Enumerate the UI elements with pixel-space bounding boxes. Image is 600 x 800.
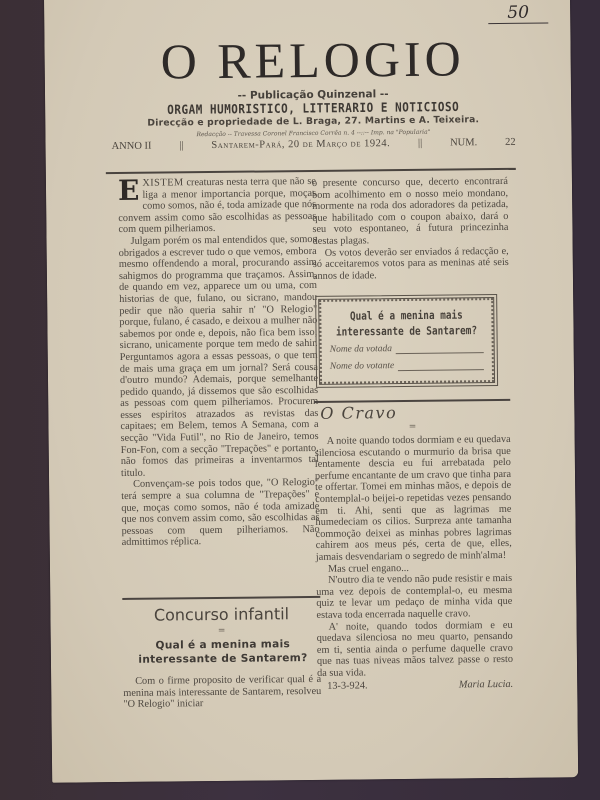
right-column-article: o presente concurso que, decerto encontr… <box>312 176 509 282</box>
newspaper-title: O RELOGIO <box>102 32 523 88</box>
field-label: Nome da votada <box>330 344 392 355</box>
article-paragraph: Os votos deverão ser enviados á redacção… <box>313 245 509 282</box>
article-paragraph: Convençam-se pois todos que, "O Relogio"… <box>121 477 320 549</box>
concurso-heading: Concurso infantil <box>122 604 320 625</box>
handwritten-page-number: 50 <box>488 3 548 24</box>
voter-name-field: Nome do votante <box>330 359 484 372</box>
article-author: Maria Lucia. <box>459 679 513 691</box>
cravo-heading: O Cravo <box>320 403 397 423</box>
article-paragraph: EXISTEM creaturas nesta terra que não se… <box>118 176 317 236</box>
article-paragraph: A' noite, quando todos dormiam e eu qued… <box>317 619 514 679</box>
concurso-body: Com o firme proposito de verificar qual … <box>123 674 321 711</box>
signature-line: 13-3-924. Maria Lucia. <box>317 679 513 693</box>
concurso-question: Qual é a menina mais interessante de San… <box>131 637 315 667</box>
blank-line <box>398 359 484 371</box>
field-label: Nome do votante <box>330 361 394 372</box>
header-rule <box>106 168 516 174</box>
blank-line <box>396 342 484 354</box>
article-date: 13-3-924. <box>327 681 367 693</box>
left-column-article: EXISTEM creaturas nesta terra que não se… <box>118 176 320 549</box>
masthead: O RELOGIO -- Publicação Quinzenal -- ORG… <box>102 32 523 152</box>
article-paragraph: Com o firme proposito de verificar qual … <box>123 674 321 711</box>
issue-year: ANNO II <box>112 141 152 152</box>
section-rule <box>122 596 320 600</box>
dateline-separator: || <box>418 138 422 149</box>
cravo-article: A noite quando todos dormiam e eu quedav… <box>315 434 514 693</box>
article-paragraph: N'outro dia te vendo não pude resistir e… <box>316 573 512 621</box>
heading-divider: = <box>123 626 321 636</box>
article-paragraph: Julgam porém os mal entendidos que, somo… <box>119 234 320 480</box>
dateline: ANNO II || Santarem-Pará, 20 de Março de… <box>104 137 524 152</box>
issue-number: 22 <box>505 137 516 148</box>
article-paragraph: A noite quando todos dormiam e eu quedav… <box>315 434 512 564</box>
voting-coupon: Qual é a menina mais interessante de San… <box>315 294 498 388</box>
lead-word: XISTEM <box>142 177 183 188</box>
drop-cap: E <box>118 179 140 203</box>
issue-number-label: NUM. <box>450 137 477 148</box>
section-rule <box>314 399 510 403</box>
heading-divider: = <box>314 422 510 432</box>
place-and-date: Santarem-Pará, 20 de Março de 1924. <box>211 138 390 151</box>
coupon-title: Qual é a menina mais interessante de San… <box>329 308 483 341</box>
dateline-separator: || <box>179 140 183 151</box>
voted-name-field: Nome da votada <box>330 342 484 355</box>
newspaper-page: 50 O RELOGIO -- Publicação Quinzenal -- … <box>44 0 578 783</box>
article-paragraph: o presente concurso que, decerto encontr… <box>312 176 509 248</box>
